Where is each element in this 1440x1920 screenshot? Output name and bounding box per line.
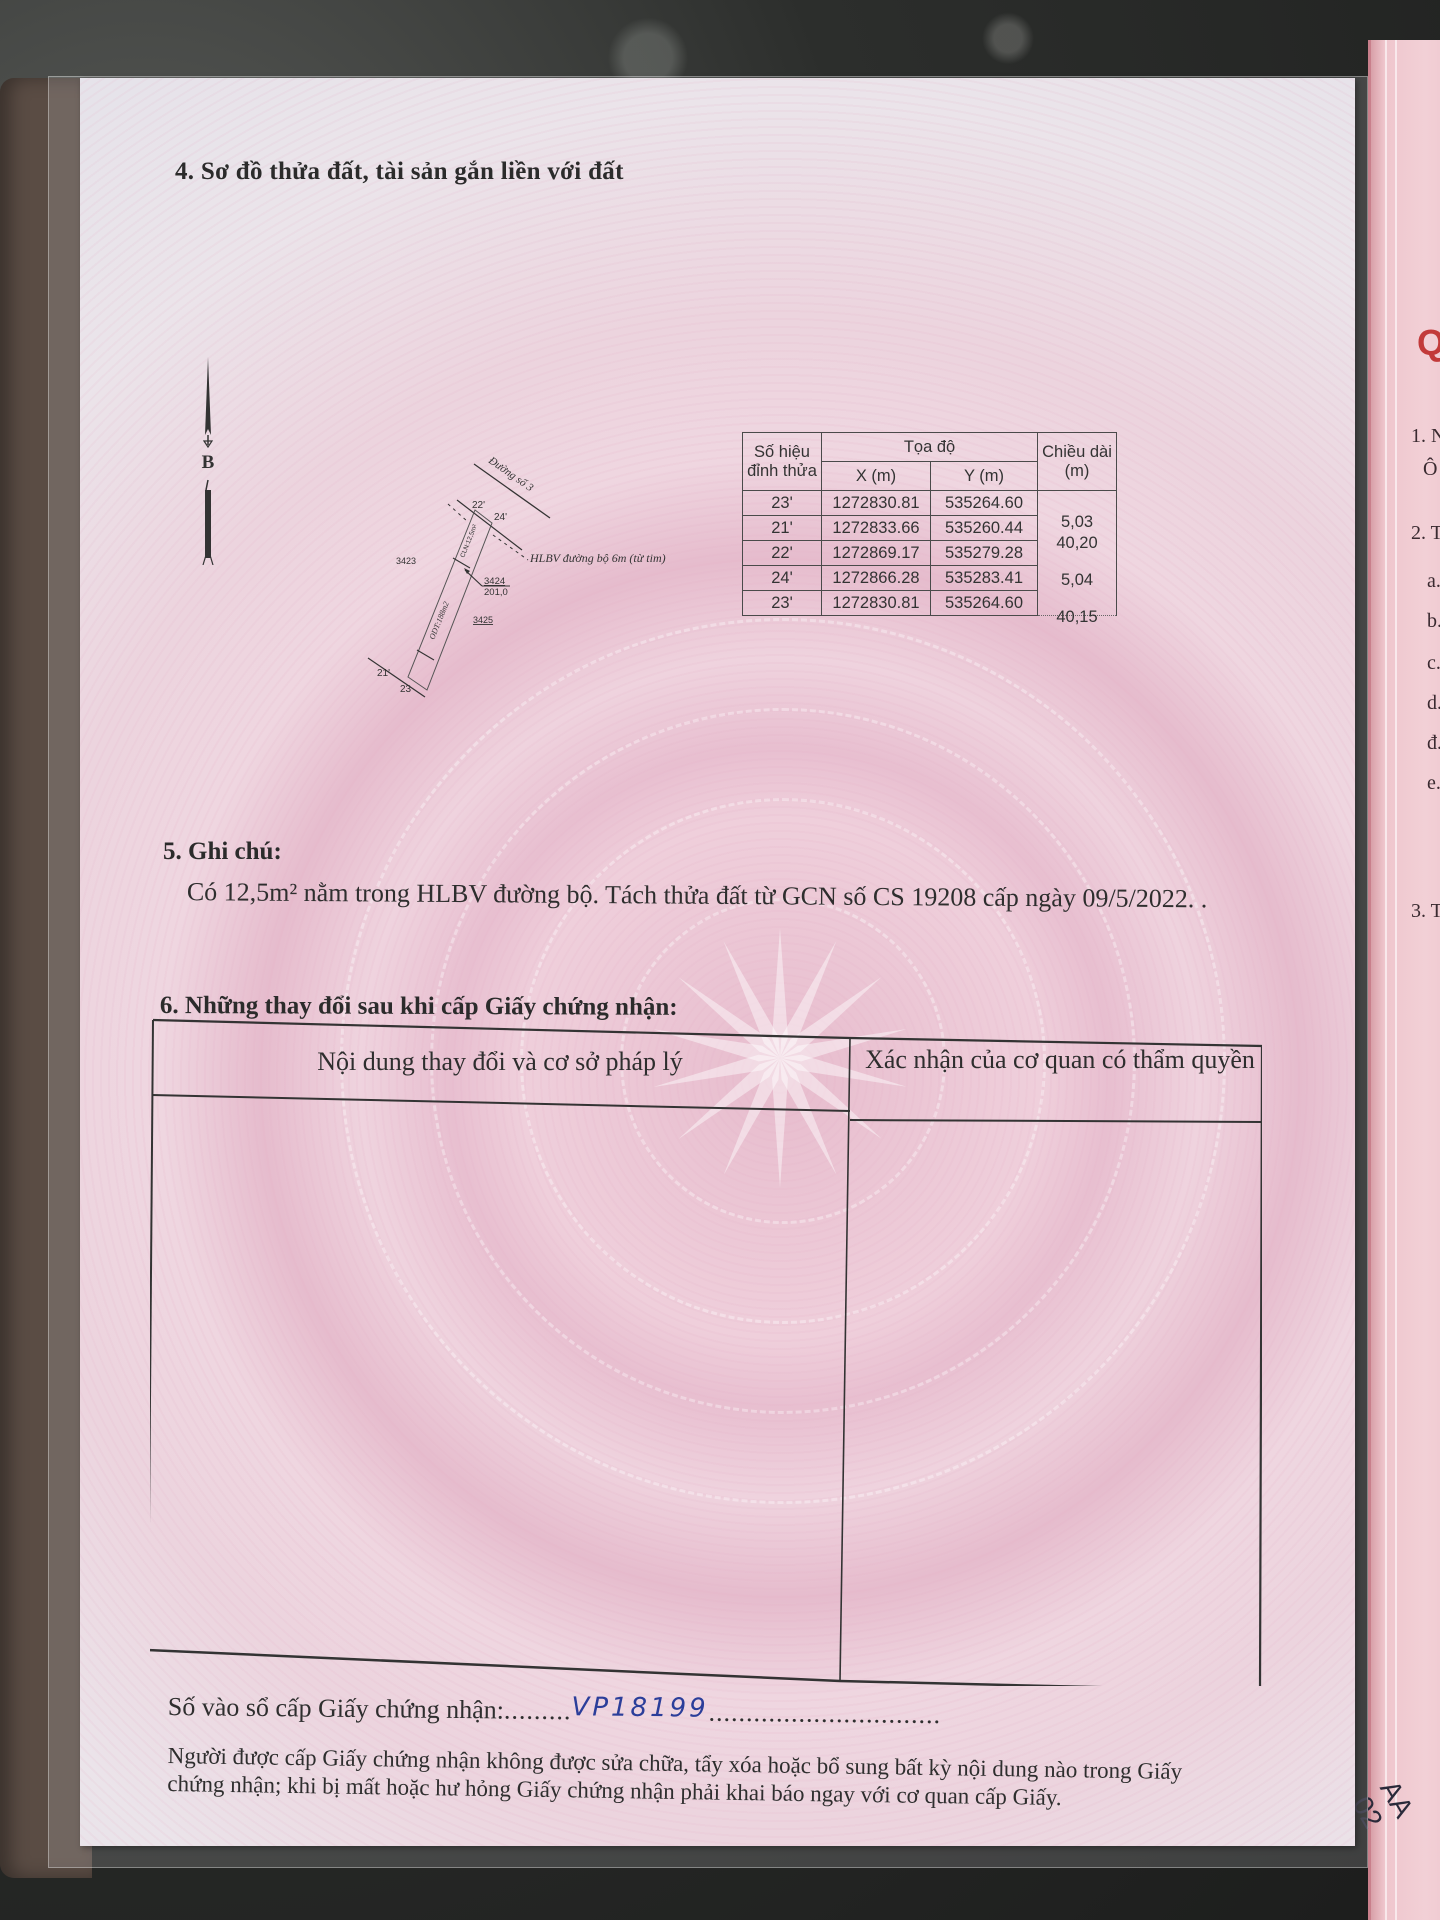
adjacent-item: Ô <box>1423 458 1437 481</box>
adjacent-item: b. <box>1427 610 1440 633</box>
column-header-confirmation: Xác nhận của cơ quan có thẩm quyền <box>862 1044 1258 1076</box>
vertex-label: 21' <box>377 668 390 679</box>
north-arrow: B <box>196 355 220 565</box>
parcel-number: 3424 <box>484 576 505 587</box>
x-cell: 1272869.17 <box>822 541 931 566</box>
section-5-title: 5. Ghi chú: <box>163 838 282 866</box>
vertex-label: 22' <box>472 500 485 511</box>
section-4-title: 4. Sơ đồ thửa đất, tài sản gắn liền với … <box>175 158 624 186</box>
vertex-cell: 23' <box>743 591 822 616</box>
north-label: B <box>196 452 220 474</box>
column-header-content: Nội dung thay đổi và cơ sở pháp lý <box>210 1046 790 1078</box>
vertex-cell: 23' <box>743 491 822 516</box>
dotted-leader: ............................... <box>708 1698 941 1729</box>
y-cell: 535260.44 <box>931 516 1038 541</box>
header-y: Y (m) <box>931 462 1038 491</box>
changes-table-grid <box>150 1018 1262 1686</box>
register-number: VP18199 <box>571 1692 708 1723</box>
x-cell: 1272866.28 <box>822 566 931 591</box>
parcel-sketch: Đường số 3 22' 24' 21' 23 HLBV đường bộ … <box>360 440 760 710</box>
header-x: X (m) <box>822 462 931 491</box>
vertex-label: 24' <box>494 512 507 523</box>
length-value: 5,03 <box>1038 513 1116 532</box>
adjacent-item: a. <box>1427 570 1440 593</box>
y-cell: 535264.60 <box>931 591 1038 616</box>
table-row: 23' 1272830.81 535264.60 5,03 40,20 5,04… <box>743 491 1117 516</box>
vertex-cell: 22' <box>743 541 822 566</box>
y-cell: 535283.41 <box>931 566 1038 591</box>
adjacent-item: d. <box>1427 692 1440 715</box>
length-value: 40,20 <box>1038 534 1116 553</box>
adjacent-item: đ. <box>1427 732 1440 755</box>
adjacent-item: e. <box>1427 772 1440 795</box>
adjacent-item: 2. T <box>1411 522 1440 545</box>
x-cell: 1272830.81 <box>822 491 931 516</box>
vertex-cell: 24' <box>743 566 822 591</box>
y-cell: 535279.28 <box>931 541 1038 566</box>
adjacent-item: 1. N <box>1411 425 1440 448</box>
header-length: Chiều dài (m) <box>1038 433 1117 491</box>
length-value: 40,15 <box>1038 608 1116 627</box>
register-label: Số vào sổ cấp Giấy chứng nhận: <box>168 1692 504 1725</box>
length-value: 5,04 <box>1038 571 1116 590</box>
parcel-area: 201,0 <box>484 587 508 598</box>
neighbor-parcel-3423: 3423 <box>396 556 416 566</box>
parcel-diagram: Đường số 3 22' 24' 21' 23 HLBV đường bộ … <box>360 440 760 710</box>
dotted-leader: ......... <box>504 1696 572 1726</box>
road-label: Đường số 3 <box>485 454 535 494</box>
coordinate-table: Số hiệu đỉnh thửa Tọa độ Chiều dài (m) X… <box>742 432 1117 616</box>
x-cell: 1272833.66 <box>822 516 931 541</box>
vertex-cell: 21' <box>743 516 822 541</box>
page-edge-line <box>1385 40 1387 1920</box>
changes-table: Nội dung thay đổi và cơ sở pháp lý Xác n… <box>150 1018 1262 1686</box>
vertex-label: 23 <box>400 684 412 695</box>
header-vertex: Số hiệu đỉnh thửa <box>743 433 822 491</box>
adjacent-item: 3. T <box>1411 900 1440 923</box>
header-coords: Tọa độ <box>822 433 1038 462</box>
length-column: 5,03 40,20 5,04 40,15 <box>1038 491 1117 616</box>
x-cell: 1272830.81 <box>822 591 931 616</box>
adjacent-page: Q 1. N Ô 2. T a. b. c. d. đ. e. 3. T AA … <box>1368 40 1440 1920</box>
y-cell: 535264.60 <box>931 491 1038 516</box>
page-edge-line <box>1395 40 1397 1920</box>
adjacent-item: c. <box>1427 652 1440 675</box>
adjacent-heading: Q <box>1417 322 1440 364</box>
neighbor-parcel-3425: 3425 <box>473 615 493 625</box>
buffer-label: HLBV đường bộ 6m (từ tim) <box>529 551 666 565</box>
